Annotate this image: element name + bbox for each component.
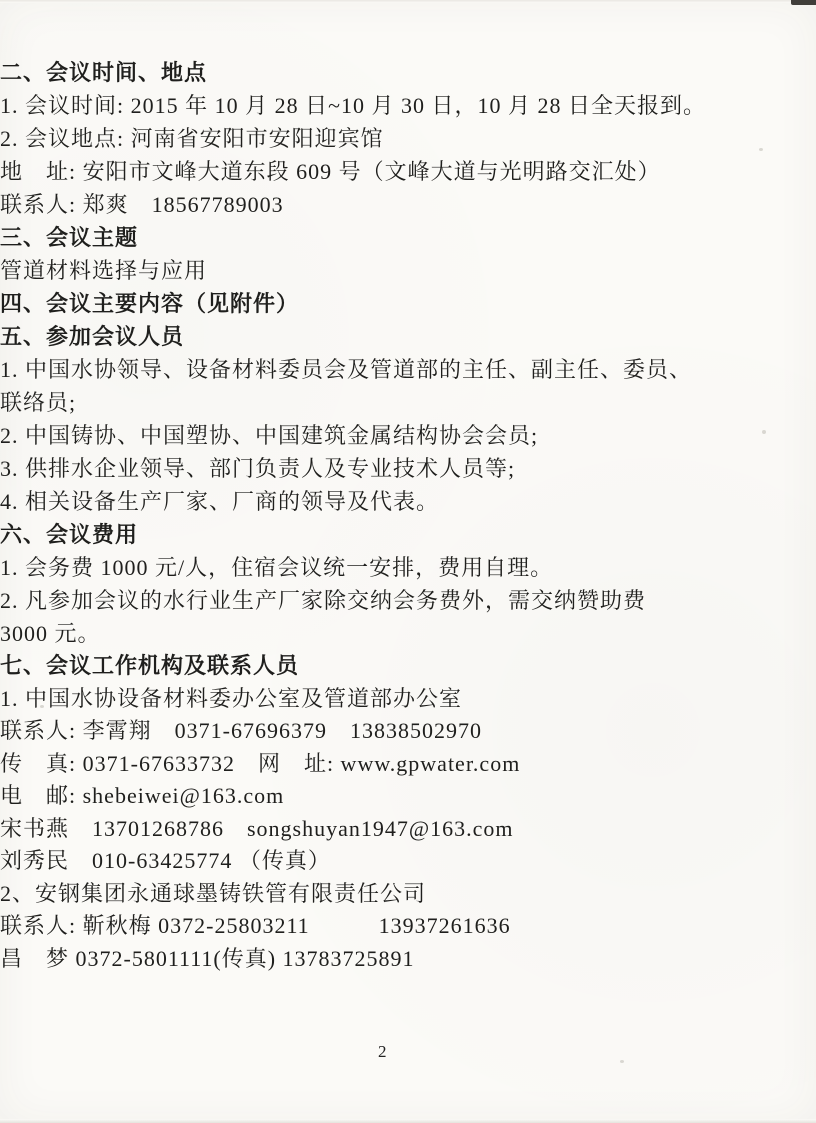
contact-line: 联系人: 靳秋梅 0372-25803211 13937261636 <box>0 910 816 943</box>
document-content: 二、会议时间、地点 1. 会议时间: 2015 年 10 月 28 日~10 月… <box>0 56 816 975</box>
section-heading: 六、会议费用 <box>0 518 816 551</box>
section-heading: 七、会议工作机构及联系人员 <box>0 650 816 683</box>
text-line: 2. 会议地点: 河南省安阳市安阳迎宾馆 <box>0 122 816 155</box>
section-heading: 四、会议主要内容（见附件） <box>0 287 816 320</box>
text-line: 2. 凡参加会议的水行业生产厂家除交纳会务费外，需交纳赞助费 <box>0 584 816 617</box>
text-line: 2、安钢集团永通球墨铸铁管有限责任公司 <box>0 878 816 911</box>
text-line: 联系人: 郑爽 18567789003 <box>0 188 816 221</box>
text-line: 2. 中国铸协、中国塑协、中国建筑金属结构协会会员; <box>0 419 816 452</box>
section-meeting-theme: 三、会议主题 管道材料选择与应用 <box>0 221 816 287</box>
page-number: 2 <box>378 1042 387 1062</box>
contact-line: 传 真: 0371-67633732 网 址: www.gpwater.com <box>0 748 816 781</box>
section-heading: 三、会议主题 <box>0 221 816 254</box>
text-line: 1. 中国水协设备材料委办公室及管道部办公室 <box>0 683 816 716</box>
text-line: 1. 中国水协领导、设备材料委员会及管道部的主任、副主任、委员、 <box>0 353 816 386</box>
scanned-document-page: 二、会议时间、地点 1. 会议时间: 2015 年 10 月 28 日~10 月… <box>0 0 816 1123</box>
text-line: 地 址: 安阳市文峰大道东段 609 号（文峰大道与光明路交汇处） <box>0 155 816 188</box>
text-line: 管道材料选择与应用 <box>0 254 816 287</box>
text-line: 联络员; <box>0 386 816 419</box>
section-heading: 五、参加会议人员 <box>0 320 816 353</box>
text-line: 3000 元。 <box>0 617 816 650</box>
contact-line: 刘秀民 010-63425774 （传真） <box>0 845 816 878</box>
text-line: 4. 相关设备生产厂家、厂商的领导及代表。 <box>0 485 816 518</box>
section-heading: 二、会议时间、地点 <box>0 56 816 89</box>
section-fees: 六、会议费用 1. 会务费 1000 元/人，住宿会议统一安排，费用自理。 2.… <box>0 518 816 650</box>
text-line: 1. 会务费 1000 元/人，住宿会议统一安排，费用自理。 <box>0 551 816 584</box>
contact-line: 宋书燕 13701268786 songshuyan1947@163.com <box>0 813 816 846</box>
scan-speckle <box>620 1060 624 1063</box>
scan-corner-artifact <box>791 0 816 5</box>
contact-line: 联系人: 李霄翔 0371-67696379 13838502970 <box>0 715 816 748</box>
section-main-content: 四、会议主要内容（见附件） <box>0 287 816 320</box>
contact-line: 昌 梦 0372-5801111(传真) 13783725891 <box>0 943 816 976</box>
text-line: 3. 供排水企业领导、部门负责人及专业技术人员等; <box>0 452 816 485</box>
section-organizers-contacts: 七、会议工作机构及联系人员 1. 中国水协设备材料委办公室及管道部办公室 联系人… <box>0 650 816 975</box>
section-participants: 五、参加会议人员 1. 中国水协领导、设备材料委员会及管道部的主任、副主任、委员… <box>0 320 816 518</box>
contact-line: 电 邮: shebeiwei@163.com <box>0 780 816 813</box>
text-line: 1. 会议时间: 2015 年 10 月 28 日~10 月 30 日，10 月… <box>0 89 816 122</box>
section-meeting-time-place: 二、会议时间、地点 1. 会议时间: 2015 年 10 月 28 日~10 月… <box>0 56 816 221</box>
